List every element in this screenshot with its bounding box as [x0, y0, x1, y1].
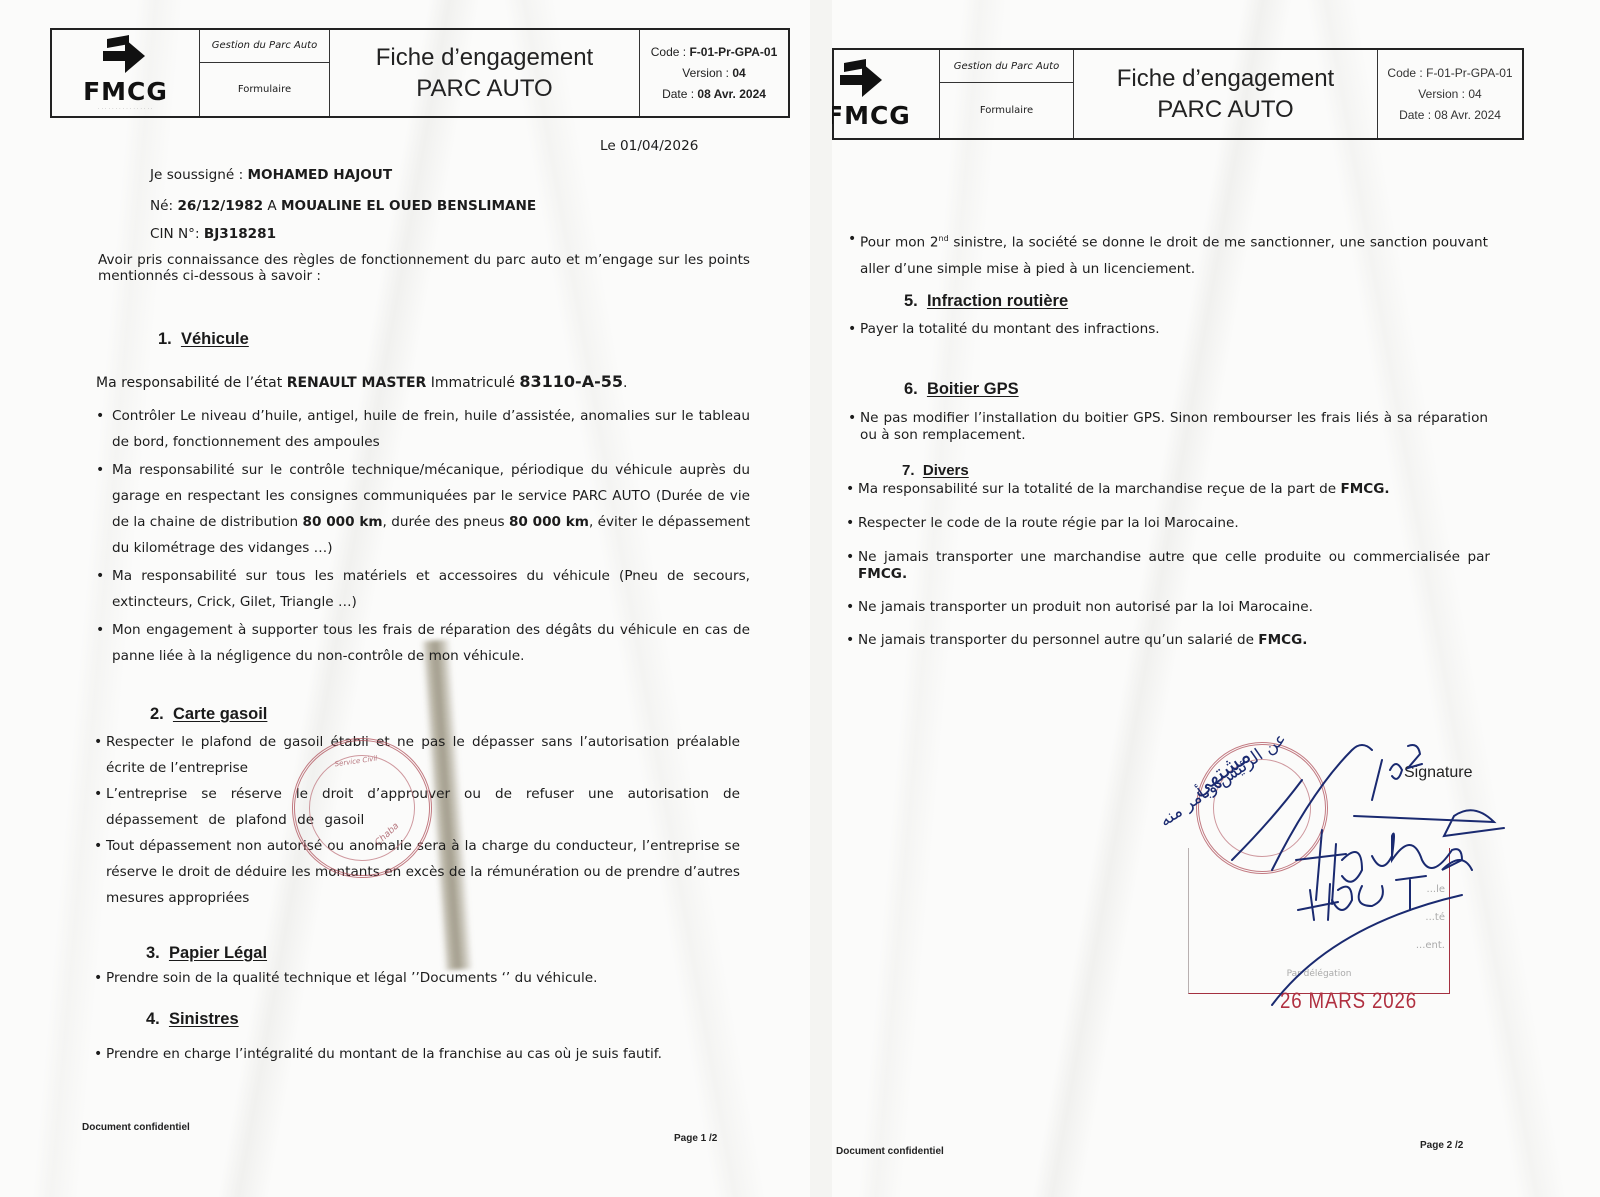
list-item: Ne jamais transporter du personnel autre…: [846, 632, 1490, 649]
fmcg-arrow-icon: [840, 59, 886, 99]
fmcg-arrow-icon: [103, 35, 149, 75]
infraction-list: Payer la totalité du montant des infract…: [848, 318, 1488, 340]
footer-page-number: Page 1 /2: [674, 1133, 717, 1144]
list-item: Payer la totalité du montant des infract…: [848, 318, 1488, 340]
footer-confidential: Document confidentiel: [836, 1146, 944, 1157]
document-title: Fiche d’engagement PARC AUTO: [1074, 50, 1378, 138]
company-logo: FMCG · · · · · · · · · · · · · · · ·: [52, 30, 200, 116]
list-item: Prendre soin de la qualité technique et …: [94, 967, 740, 989]
document-meta: Code : F-01-Pr-GPA-01 Version : 04 Date …: [640, 30, 788, 116]
stamp-date: 26 MARS 2026: [1280, 988, 1417, 1014]
signature-label: Signature: [1404, 764, 1473, 782]
vehicle-line: Ma responsabilité de l’état RENAULT MAST…: [96, 369, 627, 396]
document-page-2: FMCG Gestion du Parc Auto Formulaire Fic…: [832, 0, 1600, 1197]
list-item: Ne pas modifier l’installation du boitie…: [848, 410, 1488, 444]
header-department-cell: Gestion du Parc Auto Formulaire: [200, 30, 330, 116]
department-label: Gestion du Parc Auto: [200, 30, 329, 63]
list-item: Ne jamais transporter un produit non aut…: [846, 599, 1490, 616]
section-heading-gps: 6. Boitier GPS: [904, 380, 1019, 399]
gps-list: Ne pas modifier l’installation du boitie…: [848, 410, 1488, 444]
doc-date: Date : 08 Avr. 2024: [662, 84, 766, 105]
section-heading-carte-gasoil: 2. Carte gasoil: [150, 705, 267, 724]
logo-text: FMCG: [832, 101, 911, 130]
sinistres-continued-list: Pour mon 2nd sinistre, la société se don…: [848, 226, 1488, 282]
letter-date: Le 01/04/2026: [600, 133, 750, 159]
document-title: Fiche d’engagement PARC AUTO: [330, 30, 640, 116]
intro-paragraph: Avoir pris connaissance des règles de fo…: [98, 252, 750, 284]
doc-date: Date : 08 Avr. 2024: [1399, 105, 1501, 126]
list-item: Ma responsabilité sur le contrôle techni…: [94, 457, 750, 561]
declarant-birth: Né: 26/12/1982 A MOUALINE EL OUED BENSLI…: [150, 193, 536, 219]
logo-text: FMCG: [83, 77, 168, 106]
doc-code: Code : F-01-Pr-GPA-01: [1387, 63, 1512, 84]
doc-version: Version : 04: [682, 63, 745, 84]
list-item: Mon engagement à supporter tous les frai…: [94, 617, 750, 669]
list-item: Ne jamais transporter une marchandise au…: [846, 549, 1490, 583]
section-heading-papier-legal: 3. Papier Légal: [146, 944, 267, 963]
list-item: Pour mon 2nd sinistre, la société se don…: [848, 226, 1488, 282]
department-label: Gestion du Parc Auto: [940, 50, 1073, 83]
declarant-cin: CIN N°: BJ318281: [150, 221, 276, 247]
document-header: FMCG · · · · · · · · · · · · · · · · Ges…: [50, 28, 790, 118]
list-item: Contrôler Le niveau d’huile, antigel, hu…: [94, 403, 750, 455]
doc-type-label: Formulaire: [940, 83, 1073, 138]
section-heading-divers: 7. Divers: [902, 462, 969, 479]
declarant-name: Je soussigné : MOHAMED HAJOUT: [150, 162, 392, 188]
list-item: Ma responsabilité sur la totalité de la …: [846, 481, 1490, 498]
document-meta: Code : F-01-Pr-GPA-01 Version : 04 Date …: [1378, 50, 1522, 138]
doc-code: Code : F-01-Pr-GPA-01: [651, 42, 778, 63]
company-logo: FMCG: [834, 50, 940, 138]
legalization-stamp: ...le ...té ...ent. Par délégation: [1188, 848, 1450, 994]
doc-version: Version : 04: [1418, 84, 1481, 105]
section-heading-sinistres: 4. Sinistres: [146, 1010, 239, 1029]
vehicle-obligations-list: Contrôler Le niveau d’huile, antigel, hu…: [94, 403, 750, 669]
list-item: Ma responsabilité sur tous les matériels…: [94, 563, 750, 615]
footer-confidential: Document confidentiel: [82, 1122, 190, 1133]
doc-type-label: Formulaire: [200, 63, 329, 116]
document-page-1: FMCG · · · · · · · · · · · · · · · · Ges…: [0, 0, 810, 1197]
section-heading-vehicule: 1. Véhicule: [158, 330, 249, 349]
list-item: Prendre en charge l’intégralité du monta…: [94, 1043, 740, 1065]
footer-page-number: Page 2 /2: [1420, 1140, 1463, 1151]
document-header: FMCG Gestion du Parc Auto Formulaire Fic…: [832, 48, 1524, 140]
legal-papers-list: Prendre soin de la qualité technique et …: [94, 967, 740, 989]
sinistres-list: Prendre en charge l’intégralité du monta…: [94, 1043, 740, 1065]
header-department-cell: Gestion du Parc Auto Formulaire: [940, 50, 1074, 138]
divers-list: Ma responsabilité sur la totalité de la …: [846, 481, 1490, 649]
list-item: Respecter le code de la route régie par …: [846, 515, 1490, 532]
section-heading-infraction: 5. Infraction routière: [904, 292, 1068, 311]
